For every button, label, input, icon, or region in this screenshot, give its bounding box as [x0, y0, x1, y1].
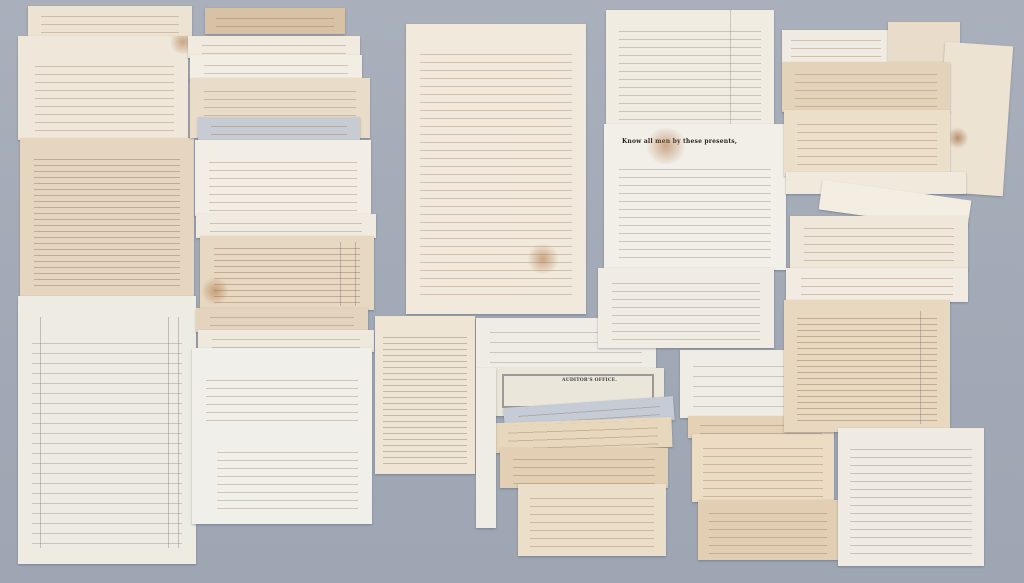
- strip-top-right: [782, 30, 890, 62]
- paper-strip-4: [196, 214, 376, 238]
- tan-receipt-2: [500, 448, 668, 488]
- note-right: [784, 110, 950, 176]
- invoice-top-left: [18, 36, 188, 140]
- document-collection-photo: AUDITOR'S OFFICE. Know all men by these …: [0, 0, 1024, 583]
- blue-slip: [198, 117, 360, 141]
- letter-top-center-right: [606, 10, 774, 128]
- invoice-center-right: [598, 268, 774, 348]
- auditors-office-heading: AUDITOR'S OFFICE.: [562, 378, 617, 383]
- paper-strip-5: [196, 308, 368, 332]
- ledger-right-stained: [784, 300, 950, 432]
- invoice-right-mid: [786, 268, 968, 302]
- letter-right-stained: [782, 62, 950, 112]
- invoice-center-left: [195, 140, 371, 216]
- deposition-center: [406, 24, 586, 314]
- printed-form-center-right: Know all men by these presents,: [604, 124, 786, 270]
- letter-center-bottom: [375, 316, 475, 474]
- receipt-right-3: [698, 500, 838, 560]
- ledger-under-receipts: [476, 368, 496, 528]
- letter-bottom-right: [838, 428, 984, 566]
- paper-strip-top-left: [28, 6, 192, 36]
- letter-right-mid: [790, 216, 968, 270]
- receipt-right-2: [692, 434, 834, 502]
- letter-left-long: [20, 138, 194, 298]
- ledger-bottom-left: [18, 296, 196, 564]
- tan-receipt-3: [518, 484, 666, 556]
- letter-bottom-center-left: [192, 348, 372, 524]
- paper-strip-top-brown: [205, 8, 345, 34]
- account-sheet-center-left: [200, 236, 374, 310]
